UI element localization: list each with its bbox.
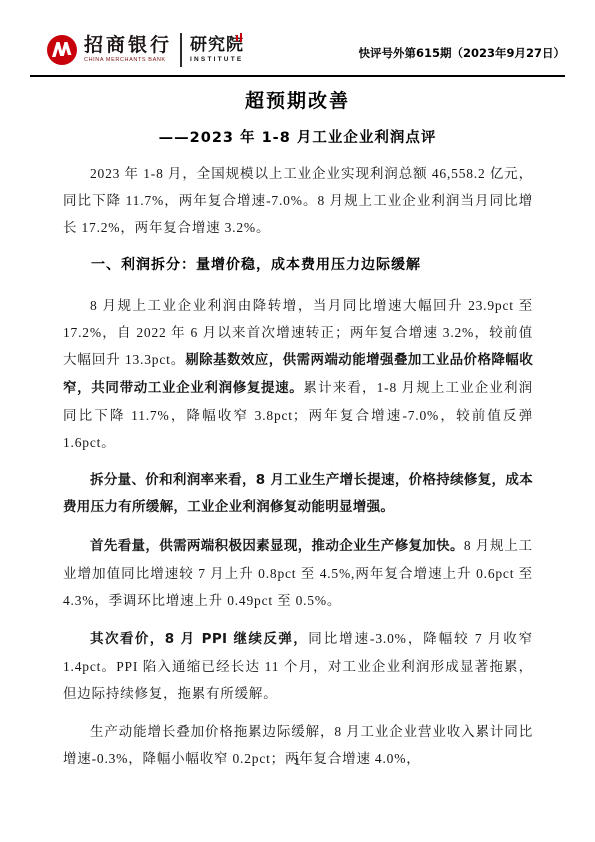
bank-name-en: CHINA MERCHANTS BANK <box>84 58 172 64</box>
text-run-bold: 拆分量、价和利润率来看，8 月工业生产增长提速，价格持续修复，成本费用压力有所缓… <box>63 472 533 515</box>
cmb-logo: 招商银行 CHINA MERCHANTS BANK 研究院 INSTITUTE <box>46 33 244 67</box>
section-heading-1: 一、利润拆分：量增价稳，成本费用压力边际缓解 <box>63 252 533 279</box>
institute-name-en: INSTITUTE <box>190 57 244 64</box>
text-run: 2023 年 1-8 月，全国规模以上工业企业实现利润总额 46,558.2 亿… <box>63 166 533 235</box>
text-run-bold: 其次看价，8 月 PPI 继续反弹， <box>90 631 308 647</box>
report-subtitle: ——2023 年 1-8 月工业企业利润点评 <box>0 126 595 147</box>
paragraph-volume: 首先看量，供需两端积极因素显现，推动企业生产修复加快。8 月规上工业增加值同比增… <box>63 532 533 614</box>
issue-info: 快评号外第615期（2023年9月27日） <box>358 45 565 61</box>
page-header: 招商银行 CHINA MERCHANTS BANK 研究院 INSTITUTE … <box>30 0 565 77</box>
paragraph-profit-breakdown: 8 月规上工业企业利润由降转增，当月同比增速大幅回升 23.9pct 至 17.… <box>63 292 533 456</box>
cmb-emblem-icon <box>46 34 78 66</box>
bank-name-cn: 招商银行 <box>84 36 172 55</box>
report-page: 招商银行 CHINA MERCHANTS BANK 研究院 INSTITUTE … <box>0 0 595 842</box>
bank-name-block: 招商银行 CHINA MERCHANTS BANK <box>84 36 172 64</box>
kline-accent-icon <box>236 35 242 42</box>
paragraph-volume-price-summary: 拆分量、价和利润率来看，8 月工业生产增长提速，价格持续修复，成本费用压力有所缓… <box>63 467 533 521</box>
paragraph-price: 其次看价，8 月 PPI 继续反弹，同比增速-3.0%，降幅较 7 月收窄 1.… <box>63 625 533 707</box>
text-run-bold: 首先看量，供需两端积极因素显现，推动企业生产修复加快。 <box>90 538 464 554</box>
institute-block: 研究院 INSTITUTE <box>190 37 244 64</box>
report-title: 超预期改善 <box>0 86 595 113</box>
paragraph-intro: 2023 年 1-8 月，全国规模以上工业企业实现利润总额 46,558.2 亿… <box>63 160 533 241</box>
page-number: 1 <box>0 757 595 768</box>
logo-divider <box>180 33 182 67</box>
report-body: 2023 年 1-8 月，全国规模以上工业企业实现利润总额 46,558.2 亿… <box>63 160 533 783</box>
